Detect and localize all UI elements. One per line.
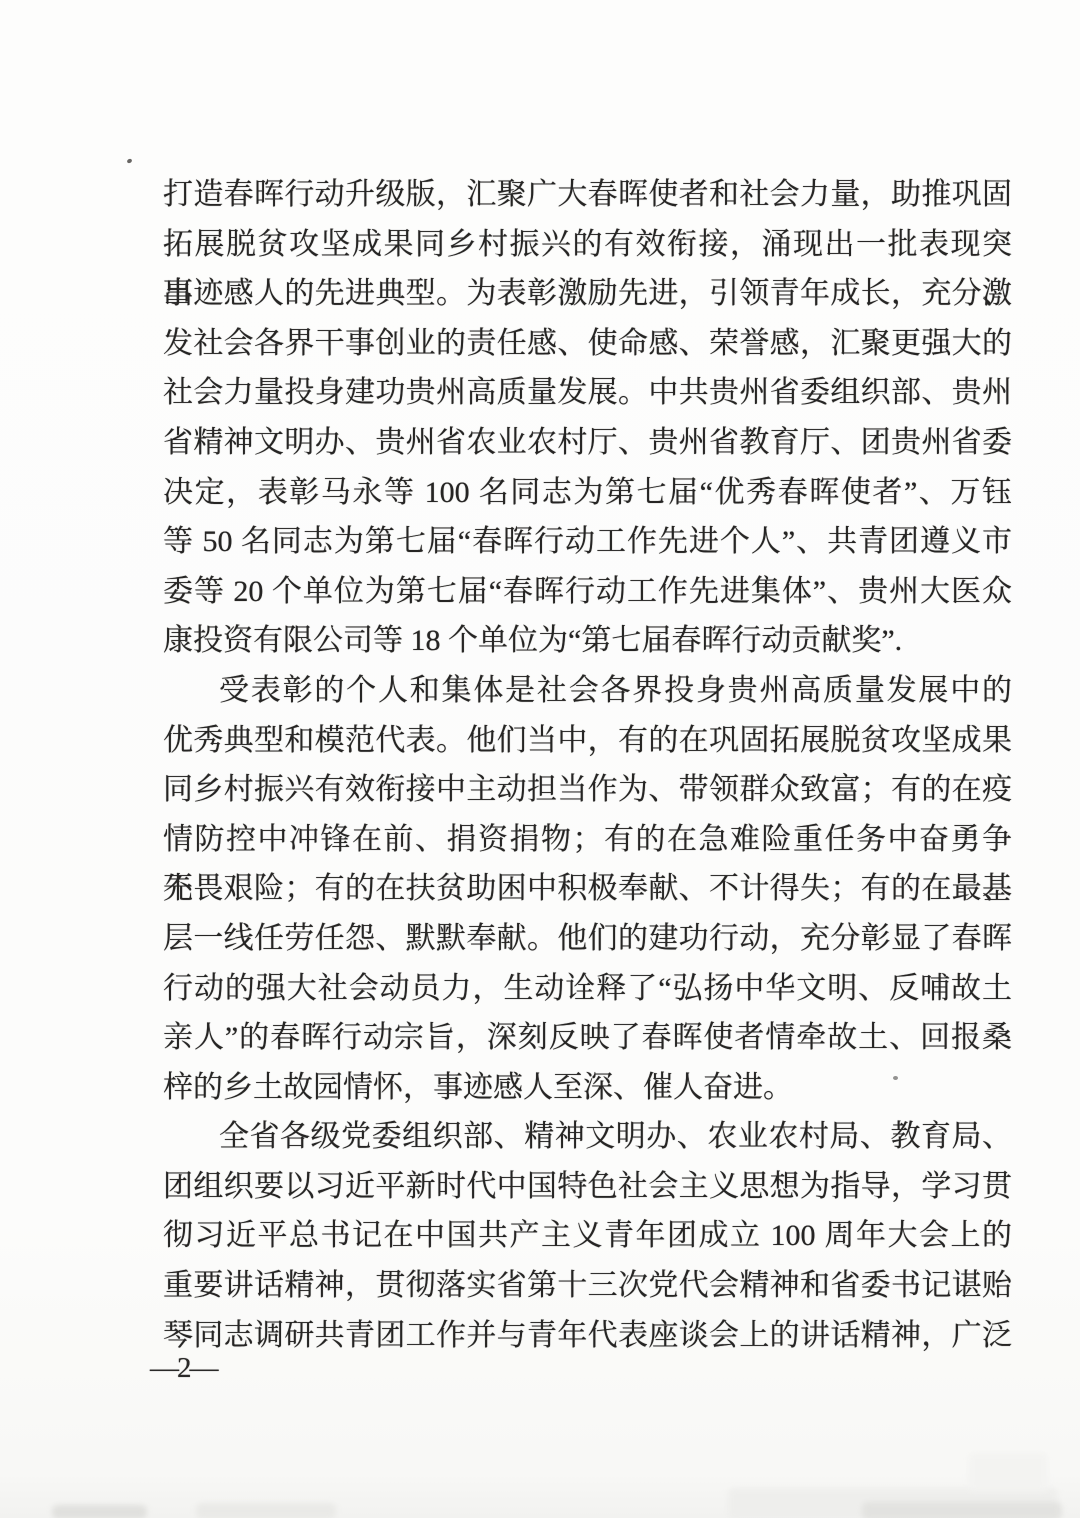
- text-line: 优秀典型和模范代表。他们当中，有的在巩固拓展脱贫攻坚成果: [163, 716, 1012, 766]
- scan-artifact-smudge: [862, 1502, 1062, 1518]
- text-line: 团组织要以习近平新时代中国特色社会主义思想为指导，学习贯: [163, 1162, 1012, 1212]
- text-line: 受表彰的个人和集体是社会各界投身贵州高质量发展中的: [163, 666, 1012, 716]
- text-line: 全省各级党委组织部、精神文明办、农业农村局、教育局、: [163, 1112, 1012, 1162]
- text-line: 省精神文明办、贵州省农业农村厅、贵州省教育厅、团贵州省委: [163, 418, 1012, 468]
- text-line: 打造春晖行动升级版，汇聚广大春晖使者和社会力量，助推巩固: [163, 170, 1012, 220]
- text-line: 发社会各界干事创业的责任感、使命感、荣誉感，汇聚更强大的: [163, 319, 1012, 369]
- text-line: 琴同志调研共青团工作并与青年代表座谈会上的讲话精神，广泛: [163, 1311, 1012, 1361]
- text-line: 康投资有限公司等 18 个单位为“第七届春晖行动贡献奖”.: [163, 616, 1012, 666]
- scan-artifact-smudge: [968, 1452, 1048, 1492]
- text-line: 社会力量投身建功贵州高质量发展。中共贵州省委组织部、贵州: [163, 368, 1012, 418]
- text-line: 梓的乡土故园情怀，事迹感人至深、催人奋进。: [163, 1063, 1012, 1113]
- scan-artifact-smudge: [196, 1503, 336, 1518]
- text-line: 情防控中冲锋在前、捐资捐物；有的在急难险重任务中奋勇争先、: [163, 815, 1012, 865]
- text-line: 不畏艰险；有的在扶贫助困中积极奉献、不计得失；有的在最基: [163, 864, 1012, 914]
- text-line: 重要讲话精神，贯彻落实省第十三次党代会精神和省委书记谌贻: [163, 1261, 1012, 1311]
- text-line: 决定，表彰马永等 100 名同志为第七届“优秀春晖使者”、万钰: [163, 468, 1012, 518]
- scan-artifact-smudge: [52, 1505, 147, 1518]
- document-page: 打造春晖行动升级版，汇聚广大春晖使者和社会力量，助推巩固拓展脱贫攻坚成果同乡村振…: [0, 0, 1080, 1518]
- text-line: 行动的强大社会动员力，生动诠释了“弘扬中华文明、反哺故土: [163, 964, 1012, 1014]
- document-body: 打造春晖行动升级版，汇聚广大春晖使者和社会力量，助推巩固拓展脱贫攻坚成果同乡村振…: [163, 170, 1012, 1360]
- text-line: 等 50 名同志为第七届“春晖行动工作先进个人”、共青团遵义市: [163, 517, 1012, 567]
- text-line: 事迹感人的先进典型。为表彰激励先进，引领青年成长，充分激: [163, 269, 1012, 319]
- scan-artifact-dot: [126, 158, 132, 164]
- page-number: —2—: [150, 1348, 217, 1388]
- text-line: 拓展脱贫攻坚成果同乡村振兴的有效衔接，涌现出一批表现突出、: [163, 220, 1012, 270]
- text-line: 彻习近平总书记在中国共产主义青年团成立 100 周年大会上的: [163, 1211, 1012, 1261]
- text-line: 同乡村振兴有效衔接中主动担当作为、带领群众致富；有的在疫: [163, 765, 1012, 815]
- text-line: 亲人”的春晖行动宗旨，深刻反映了春晖使者情牵故土、回报桑: [163, 1013, 1012, 1063]
- text-line: 委等 20 个单位为第七届“春晖行动工作先进集体”、贵州大医众: [163, 567, 1012, 617]
- text-line: 层一线任劳任怨、默默奉献。他们的建功行动，充分彰显了春晖: [163, 914, 1012, 964]
